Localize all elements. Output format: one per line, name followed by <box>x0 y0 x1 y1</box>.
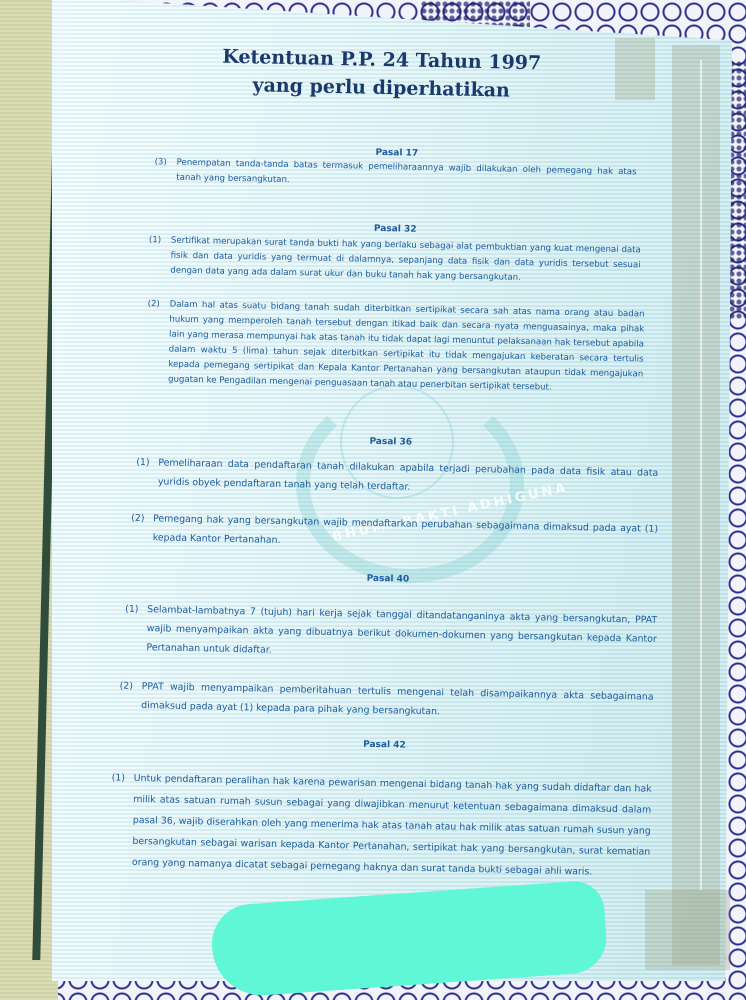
clause-number: (3) <box>154 155 166 170</box>
clause-text: Untuk pendaftaran peralihan hak karena p… <box>132 768 652 884</box>
clause-number: (1) <box>149 233 161 248</box>
clause-item: (1) Sertifikat merupakan surat tanda buk… <box>170 234 641 289</box>
clause-text: Dalam hal atas suatu bidang tanah sudah … <box>168 298 645 398</box>
clause-number: (2) <box>131 509 145 528</box>
clause-number: (2) <box>147 297 159 312</box>
clause-item: (2) PPAT wajib menyampaikan pemberitahua… <box>141 677 654 726</box>
document-content: Ketentuan P.P. 24 Tahun 1997 yang perlu … <box>0 0 746 1000</box>
clause-number: (1) <box>111 767 125 788</box>
section-heading: Pasal 42 <box>0 732 746 758</box>
clause-text: Pemegang hak yang bersangkutan wajib men… <box>153 509 659 558</box>
clause-item: (1) Pemeliharaan data pendaftaran tanah … <box>158 453 659 501</box>
clause-number: (1) <box>136 453 150 472</box>
section-heading: Pasal 40 <box>0 566 746 592</box>
clause-text: Selambat-lambatnya 7 (tujuh) hari kerja … <box>146 600 657 668</box>
clause-text: Sertifikat merupakan surat tanda bukti h… <box>170 234 641 289</box>
clause-item: (2) Dalam hal atas suatu bidang tanah su… <box>168 298 645 398</box>
clause-number: (2) <box>119 677 133 696</box>
clause-number: (1) <box>125 600 139 619</box>
section-heading: Pasal 36 <box>1 429 746 455</box>
clause-text: PPAT wajib menyampaikan pemberitahuan te… <box>141 677 654 726</box>
clause-item: (2) Pemegang hak yang bersangkutan wajib… <box>153 509 659 558</box>
clause-item: (1) Untuk pendaftaran peralihan hak kare… <box>132 768 652 884</box>
clause-item: (1) Selambat-lambatnya 7 (tujuh) hari ke… <box>146 600 657 668</box>
clause-text: Pemeliharaan data pendaftaran tanah dila… <box>158 453 659 501</box>
